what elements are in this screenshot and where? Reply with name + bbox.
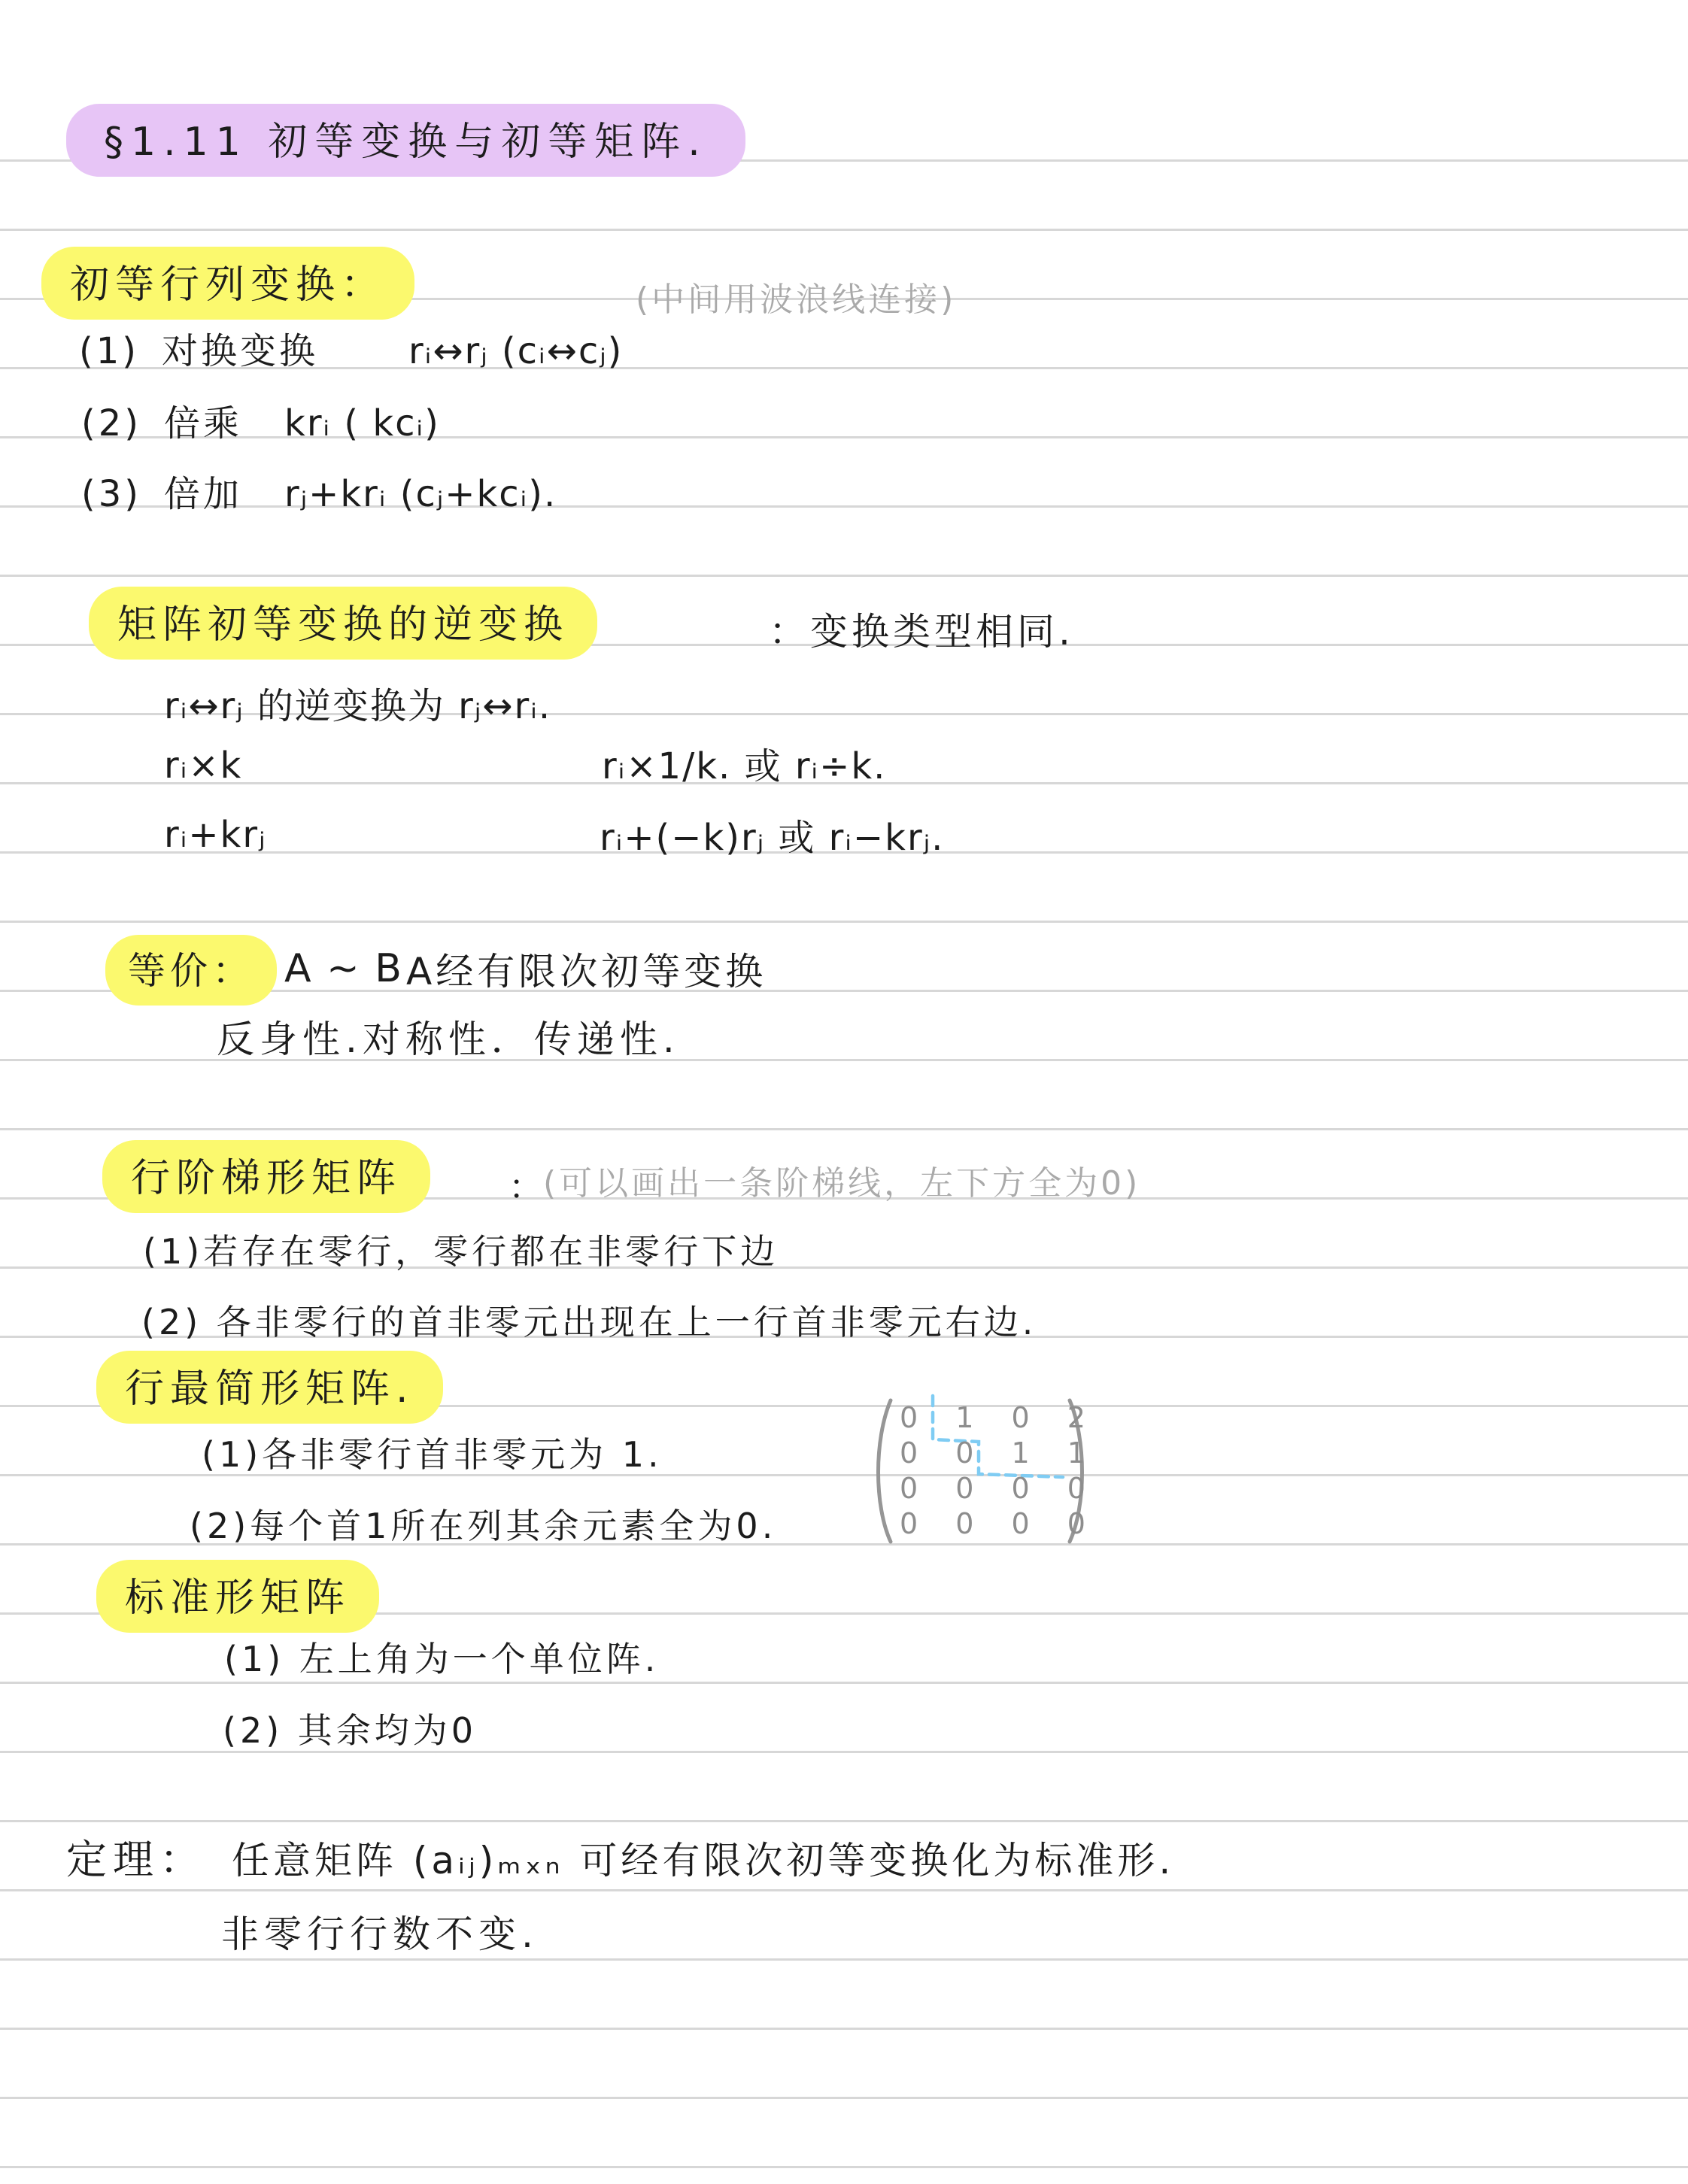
matrix-row: 0 0 0 0 [900, 1506, 1090, 1542]
inverse-row-scale-left: rᵢ×k [164, 745, 242, 787]
item-formula: rᵢ↔rⱼ (cᵢ↔cⱼ) [408, 330, 623, 372]
row-echelon-colon: ： [509, 1160, 547, 1209]
theorem-line-1: 任意矩阵 (aᵢⱼ)ₘₓₙ 可经有限次初等变换化为标准形. [232, 1831, 1174, 1885]
transform-item-add: (3) 倍加 rⱼ+krᵢ (cⱼ+kcᵢ). [81, 465, 557, 517]
reduced-item-2: (2)每个首1所在列其余元素全为0. [190, 1499, 776, 1549]
heading-equivalence: 等价： [105, 935, 277, 1006]
matrix-row: 0 0 0 0 [900, 1471, 1090, 1506]
item-number: (1) [79, 330, 139, 372]
heading-row-col-transforms: 初等行列变换： [41, 247, 414, 320]
item-label: 对换变换 [162, 322, 318, 374]
example-matrix: 0 1 0 2 0 0 1 1 0 0 0 0 0 0 0 0 [864, 1393, 1097, 1547]
reduced-item-1: (1)各非零行首非零元为 1. [202, 1427, 663, 1477]
inverse-row-swap: rᵢ↔rⱼ 的逆变换为 rⱼ↔rᵢ. [164, 677, 551, 729]
inverse-transforms-note: ：变换类型相同. [769, 602, 1074, 656]
row-echelon-item-1: (1)若存在零行，零行都在非零行下边 [143, 1224, 779, 1274]
inverse-row-add-left: rᵢ+krⱼ [164, 814, 266, 856]
inverse-row-add-right: rᵢ+(−k)rⱼ 或 rᵢ−krⱼ. [600, 808, 944, 860]
item-label: 倍乘 [164, 394, 242, 446]
row-echelon-annotation: (可以画出一条阶梯线，左下方全为0) [543, 1156, 1140, 1204]
item-formula: krᵢ ( kcᵢ) [284, 402, 440, 444]
item-number: (2) [81, 402, 141, 444]
inverse-row-scale-right: rᵢ×1/k. 或 rᵢ÷k. [602, 737, 886, 789]
heading-row-echelon: 行阶梯形矩阵 [102, 1140, 430, 1213]
transform-item-scale: (2) 倍乘 krᵢ ( kcᵢ) [81, 394, 440, 446]
standard-item-2: (2) 其余均为0 [223, 1703, 477, 1753]
matrix-row: 0 0 1 1 [900, 1436, 1090, 1471]
notebook-page: §1.11 初等变换与初等矩阵. 初等行列变换： (中间用波浪线连接) (1) … [0, 0, 1688, 2184]
heading-inverse-transforms: 矩阵初等变换的逆变换 [89, 587, 597, 660]
heading-standard-form: 标准形矩阵 [96, 1560, 379, 1633]
item-label: 倍加 [164, 465, 242, 517]
item-formula: rⱼ+krᵢ (cⱼ+kcᵢ). [284, 473, 557, 515]
row-echelon-item-2: (2) 各非零行的首非零元出现在上一行首非零元右边. [141, 1295, 1037, 1345]
transform-item-swap: (1) 对换变换 rᵢ↔rⱼ (cᵢ↔cⱼ) [79, 322, 623, 374]
standard-item-1: (1) 左上角为一个单位阵. [224, 1632, 659, 1682]
theorem-label: 定理： [66, 1828, 206, 1885]
equivalence-desc: A经有限次初等变换 [406, 942, 767, 996]
heading-reduced-row-echelon: 行最简形矩阵. [96, 1351, 443, 1424]
theorem-line-2: 非零行行数不变. [221, 1904, 539, 1958]
page-title: §1.11 初等变换与初等矩阵. [66, 104, 745, 177]
equivalence-properties: 反身性.对称性．传递性. [217, 1009, 680, 1063]
matrix-paren-left [879, 1400, 891, 1542]
theorem: 定理： 任意矩阵 (aᵢⱼ)ₘₓₙ 可经有限次初等变换化为标准形. [66, 1828, 1174, 1885]
annotation-wavy-line-note: (中间用波浪线连接) [636, 272, 956, 320]
matrix-rows: 0 1 0 2 0 0 1 1 0 0 0 0 0 0 0 0 [900, 1400, 1090, 1542]
item-number: (3) [81, 473, 141, 515]
matrix-row: 0 1 0 2 [900, 1400, 1090, 1436]
equivalence-relation: A ~ B [284, 946, 403, 991]
